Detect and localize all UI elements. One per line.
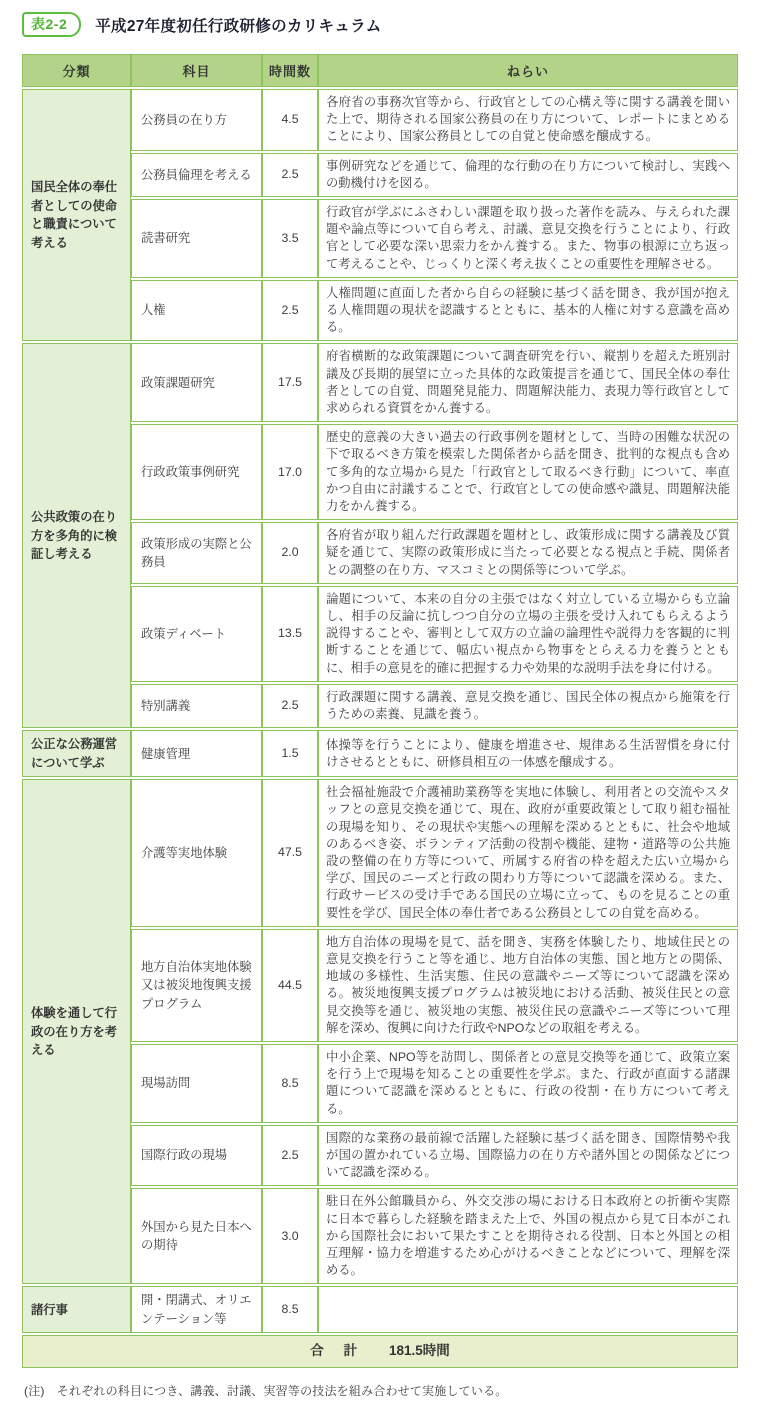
column-header-subject: 科目 [131,54,262,87]
page-title: 平成27年度初任行政研修のカリキュラム [95,14,381,36]
hours-cell: 2.5 [262,1125,318,1187]
hours-cell: 17.0 [262,424,318,520]
subject-cell: 外国から見た日本への期待 [131,1188,262,1284]
aim-cell: 各府省の事務次官等から、行政官としての心構え等に関する講義を聞いた上で、期待され… [318,89,738,151]
aim-cell [318,1286,738,1333]
subject-cell: 介護等実地体験 [131,779,262,927]
hours-cell: 2.0 [262,522,318,584]
aim-cell: 事例研究などを通じて、倫理的な行動の在り方について検討し、実践への動機付けを図る… [318,153,738,197]
table-row: 国民全体の奉仕者としての使命と職責について考える 公務員の在り方 4.5 各府省… [22,89,738,151]
column-header-aim: ねらい [318,54,738,87]
aim-cell: 駐日在外公館職員から、外交交渉の場における日本政府との折衝や実際に日本で暮らした… [318,1188,738,1284]
table-row: 公共政策の在り方を多角的に検証し考える 政策課題研究 17.5 府省横断的な政策… [22,343,738,422]
subject-cell: 国際行政の現場 [131,1125,262,1187]
subject-cell: 政策ディベート [131,586,262,682]
hours-cell: 17.5 [262,343,318,422]
hours-cell: 3.0 [262,1188,318,1284]
hours-cell: 2.5 [262,280,318,342]
category-cell: 国民全体の奉仕者としての使命と職責について考える [22,89,131,341]
hours-cell: 4.5 [262,89,318,151]
hours-cell: 13.5 [262,586,318,682]
subject-cell: 政策課題研究 [131,343,262,422]
aim-cell: 論題について、本来の自分の主張ではなく対立している立場からも立論し、相手の反論に… [318,586,738,682]
hours-cell: 47.5 [262,779,318,927]
hours-cell: 1.5 [262,730,318,777]
table-row: 諸行事 開・閉講式、オリエンテーション等 8.5 [22,1286,738,1333]
aim-cell: 各府省が取り組んだ行政課題を題材とし、政策形成に関する講義及び質疑を通じて、実際… [318,522,738,584]
total-row: 合 計181.5時間 [22,1335,738,1368]
category-cell: 公正な公務運営について学ぶ [22,730,131,777]
column-header-category: 分類 [22,54,131,87]
category-cell: 諸行事 [22,1286,131,1333]
subject-cell: 特別講義 [131,684,262,728]
subject-cell: 政策形成の実際と公務員 [131,522,262,584]
subject-cell: 公務員の在り方 [131,89,262,151]
category-cell: 体験を通して行政の在り方を考える [22,779,131,1284]
table-number-badge: 表2-2 [22,12,81,37]
title-bar: 表2-2 平成27年度初任行政研修のカリキュラム [22,12,738,37]
hours-cell: 8.5 [262,1286,318,1333]
hours-cell: 3.5 [262,199,318,278]
aim-cell: 体操等を行うことにより、健康を増進させ、規律ある生活習慣を身に付けさせるとともに… [318,730,738,777]
aim-cell: 行政課題に関する講義、意見交換を通じ、国民全体の視点から施策を行うための素養、見… [318,684,738,728]
aim-cell: 人権問題に直面した者から自らの経験に基づく話を聞き、我が国が抱える人権問題の現状… [318,280,738,342]
total-value: 181.5時間 [389,1343,450,1358]
curriculum-table: 分類 科目 時間数 ねらい 国民全体の奉仕者としての使命と職責について考える 公… [22,52,738,1370]
aim-cell: 行政官が学ぶにふさわしい課題を取り扱った著作を読み、与えられた課題や論点等につい… [318,199,738,278]
aim-cell: 社会福祉施設で介護補助業務等を実地に体験し、利用者との交流やスタッフとの意見交換… [318,779,738,927]
footnote: (注) それぞれの科目につき、講義、討議、実習等の技法を組み合わせて実施している… [24,1382,738,1399]
subject-cell: 地方自治体実地体験又は被災地復興支援プログラム [131,929,262,1042]
subject-cell: 公務員倫理を考える [131,153,262,197]
subject-cell: 開・閉講式、オリエンテーション等 [131,1286,262,1333]
subject-cell: 読書研究 [131,199,262,278]
aim-cell: 府省横断的な政策課題について調査研究を行い、縦割りを超えた班別討議及び長期的展望… [318,343,738,422]
table-row: 体験を通して行政の在り方を考える 介護等実地体験 47.5 社会福祉施設で介護補… [22,779,738,927]
category-cell: 公共政策の在り方を多角的に検証し考える [22,343,131,728]
total-label: 合 計 [310,1343,365,1358]
subject-cell: 行政政策事例研究 [131,424,262,520]
aim-cell: 国際的な業務の最前線で活躍した経験に基づく話を聞き、国際情勢や我が国の置かれてい… [318,1125,738,1187]
table-row: 公正な公務運営について学ぶ 健康管理 1.5 体操等を行うことにより、健康を増進… [22,730,738,777]
subject-cell: 健康管理 [131,730,262,777]
subject-cell: 人権 [131,280,262,342]
hours-cell: 2.5 [262,153,318,197]
hours-cell: 44.5 [262,929,318,1042]
hours-cell: 8.5 [262,1044,318,1123]
subject-cell: 現場訪問 [131,1044,262,1123]
aim-cell: 歴史的意義の大きい過去の行政事例を題材として、当時の困難な状況の下で取るべき方策… [318,424,738,520]
total-cell: 合 計181.5時間 [22,1335,738,1368]
header-row: 分類 科目 時間数 ねらい [22,54,738,87]
hours-cell: 2.5 [262,684,318,728]
aim-cell: 中小企業、NPO等を訪問し、関係者との意見交換等を通じて、政策立案を行う上で現場… [318,1044,738,1123]
column-header-hours: 時間数 [262,54,318,87]
aim-cell: 地方自治体の現場を見て、話を聞き、実務を体験したり、地域住民との意見交換を行うこ… [318,929,738,1042]
